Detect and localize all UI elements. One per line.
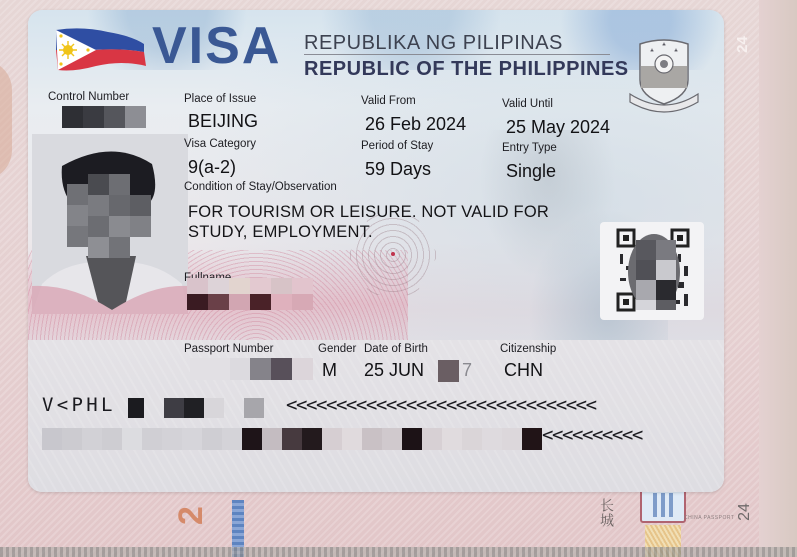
- control-number-redacted: [62, 106, 146, 128]
- gender-label: Gender: [318, 343, 356, 355]
- date-of-birth-label: Date of Birth: [364, 343, 428, 355]
- mrz-line-1-prefix: V<PHL: [42, 394, 116, 416]
- finger-edge: [0, 60, 12, 180]
- visa-title: VISA: [152, 20, 281, 72]
- visa-category-label: Visa Category: [184, 138, 256, 150]
- mrz-line-1-redacted: [128, 398, 264, 418]
- entry-type-value: Single: [506, 161, 556, 182]
- mrz-line-1-filler: <<<<<<<<<<<<<<<<<<<<<<<<<<<<<<<: [286, 394, 596, 416]
- page-number-top: 24: [734, 36, 751, 53]
- page-bottom-edge: [0, 547, 797, 557]
- mrz-line-2-redacted: [42, 428, 542, 450]
- valid-from-value: 26 Feb 2024: [365, 114, 466, 135]
- visa-category-value: 9(a-2): [188, 157, 236, 178]
- mrz-line-2-filler: <<<<<<<<<<: [542, 424, 642, 446]
- country-name-native: REPUBLIKA NG PILIPINAS: [304, 32, 563, 55]
- condition-line-1: FOR TOURISM OR LEISURE. NOT VALID FOR: [188, 202, 549, 222]
- great-wall-emblem-icon: [640, 487, 686, 523]
- visa-sticker: VISA REPUBLIKA NG PILIPINAS REPUBLIC OF …: [28, 10, 724, 492]
- page-edge: [759, 0, 797, 557]
- citizenship-label: Citizenship: [500, 343, 556, 355]
- philippine-flag-icon: [52, 26, 148, 74]
- condition-value: FOR TOURISM OR LEISURE. NOT VALID FOR ST…: [188, 202, 549, 242]
- valid-until-value: 25 May 2024: [506, 117, 610, 138]
- entry-type-label: Entry Type: [502, 142, 557, 154]
- period-of-stay-label: Period of Stay: [361, 140, 433, 152]
- valid-from-label: Valid From: [361, 95, 416, 107]
- passport-number-label: Passport Number: [184, 343, 273, 355]
- condition-label: Condition of Stay/Observation: [184, 181, 337, 193]
- qr-code-redacted: [600, 222, 704, 320]
- condition-line-2: STUDY, EMPLOYMENT.: [188, 222, 549, 242]
- gender-value: M: [322, 360, 337, 381]
- period-of-stay-value: 59 Days: [365, 159, 431, 180]
- page-number-bottom: 24: [736, 503, 754, 521]
- fullname-redacted: [187, 278, 313, 310]
- birth-year-redacted: [438, 360, 459, 382]
- great-wall-label: 长城: [597, 498, 617, 528]
- control-number-label: Control Number: [48, 91, 129, 103]
- citizenship-value: CHN: [504, 360, 543, 381]
- place-of-issue-value: BEIJING: [188, 111, 258, 132]
- country-name-english: REPUBLIC OF THE PHILIPPINES: [304, 58, 629, 81]
- holder-photo-redacted: [32, 134, 188, 314]
- place-of-issue-label: Place of Issue: [184, 93, 256, 105]
- date-of-birth-value: 25 JUN: [364, 360, 424, 381]
- philippine-coat-of-arms-icon: [626, 36, 702, 114]
- valid-until-label: Valid Until: [502, 98, 553, 110]
- birth-year-suffix: 7: [462, 360, 472, 381]
- background-digit: 2: [172, 506, 211, 525]
- header-divider: [304, 54, 610, 55]
- china-passport-caption: CHINA PASSPORT: [684, 515, 734, 521]
- passport-number-redacted: [190, 358, 313, 380]
